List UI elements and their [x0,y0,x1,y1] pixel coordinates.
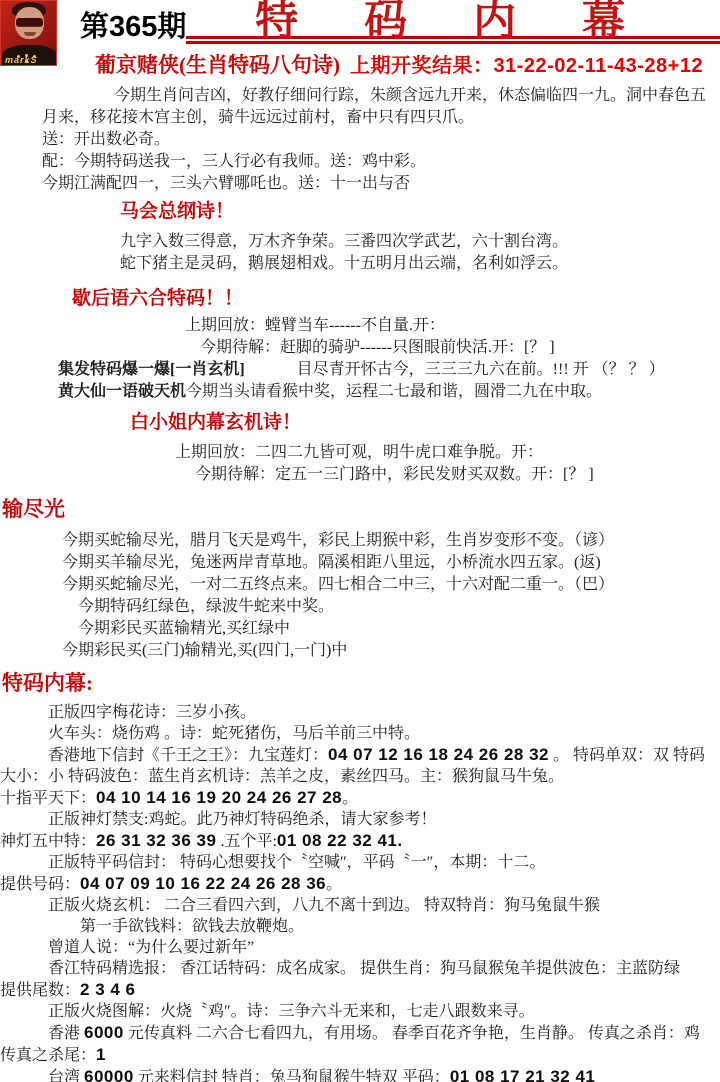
column-name: 葡京赌侠(生肖特码八句诗) [95,53,340,77]
last-draw-result: 上期开奖结果：31-22-02-11-43-28+12 [350,55,703,77]
title-row: 第365期 特码内幕 [80,0,720,44]
text-run: 提供尾数： [0,982,80,999]
text-run: 正版火烧玄机： 二合三看四六到，八九不离十到边。 特双特肖：狗马兔鼠牛猴 [48,897,600,914]
neimu-heading: 特码内幕: [2,670,720,696]
mahui-lines: 九字入数三得意，万木齐争荣。三番四次学武艺，六十割台湾。蛇下猪主是灵码，鹅展翅相… [120,231,720,275]
mahui-heading: 马会总纲诗！ [120,200,720,224]
text-line: 火车头：烧伤鸡 。诗：蛇死猪伤，马后羊前三中特。 [48,723,720,744]
neimu-lines: 正版四字梅花诗：三岁小孩。火车头：烧伤鸡 。诗：蛇死猪伤，马后羊前三中特。香港地… [0,702,720,1082]
text-run: .五个平: [216,833,276,850]
issue-number: 第365期 [80,13,186,44]
huangdaxian-label: 黄大仙一语破天机 [58,383,186,400]
number-run: 04 07 09 10 16 22 24 26 28 36 [80,874,326,893]
text-run: 今期彩民买蓝输精光,买红绿中 [78,620,290,637]
title-column: 特码内幕 [186,0,720,44]
text-line: 今期江满配四一，三头六臂哪吒也。送：十一出与否 [42,173,720,195]
number-run: 1 [96,1045,106,1064]
jifa-line: 集发特码爆一爆[一肖玄机]目尽青开怀古今，三三三九六在前。!!! 开 （？ ？ … [58,359,720,381]
text-run: 今期买蛇输尽光，腊月飞天是鸡牛，彩民上期猴中彩，生肖岁变形不变。（谚） [62,532,614,549]
text-line: 提供尾数：2 3 4 6 [0,979,720,1001]
shujinguang-lines: 今期买蛇输尽光，腊月飞天是鸡牛，彩民上期猴中彩，生肖岁变形不变。（谚）今期买羊输… [62,530,720,662]
text-line: 送：开出数必奇。 [42,129,720,151]
text-run: 正版特平码信封： 特码心想要找个〝空喊″，平码〝一″，本期：十二。 [48,854,545,871]
text-line: 九字入数三得意，万木齐争荣。三番四次学武艺，六十割台湾。 [120,231,720,253]
text-run: 香江特码精选报： 香江话特码：成名成家。 提供生肖：狗马鼠猴兔羊提供波色：主蓝防… [48,960,680,977]
text-line: 正版火烧玄机： 二合三看四六到，八九不离十到边。 特双特肖：狗马兔鼠牛猴 [48,895,720,916]
text-line: 正版特平码信封： 特码心想要找个〝空喊″，平码〝一″，本期：十二。 [48,852,720,873]
tip-sheet-page: markS 第365期 特码内幕 葡京赌侠(生肖特码八句诗)上期开奖结果：31-… [0,0,720,1082]
text-run: 元来料信封 特肖：兔马狗鼠猴牛特双 平码： [134,1069,450,1082]
number-run: 01 08 22 32 41. [277,831,403,850]
zodiac-poem-lines: 送：开出数必奇。配：今期特码送我一，三人行必有我师。送：鸡中彩。今期江满配四一，… [42,129,720,195]
text-run: 正版四字梅花诗：三岁小孩。 [48,704,256,721]
text-line: 今期彩民买蓝输精光,买红绿中 [78,618,720,640]
text-line: 正版四字梅花诗：三岁小孩。 [48,702,720,723]
xiehouyu-heading: 歇后语六合特码！！ [72,287,720,311]
text-run: 元传真料 二六合七看四九，有用场。 春季百花齐争艳，生肖静。 传真之杀肖：鸡 [124,1025,700,1042]
text-run: 曾道人说：“为什么要过新年” [48,939,254,956]
text-run: 火车头：烧伤鸡 。诗：蛇死猪伤，马后羊前三中特。 [48,725,420,742]
text-run: 正版神灯禁支:鸡蛇。此乃神灯特码绝杀，请大家参考！ [48,811,436,828]
text-line: 曾道人说：“为什么要过新年” [48,937,720,958]
text-line: 香江特码精选报： 香江话特码：成名成家。 提供生肖：狗马鼠猴兔羊提供波色：主蓝防… [0,958,720,979]
xiehouyu-current: 今期待解：赶脚的骑驴------只图眼前快活.开：[？ ] [200,337,720,359]
text-line: 传真之杀尾：1 [0,1044,720,1066]
text-run: 正版火烧图解：火烧〝鸡″。诗：三争六斗无来和，七走八跟数来寻。 [48,1003,535,1020]
text-line: 今期买蛇输尽光，腊月飞天是鸡牛，彩民上期猴中彩，生肖岁变形不变。（谚） [62,530,720,552]
text-line: 配：今期特码送我一，三人行必有我师。送：鸡中彩。 [42,151,720,173]
text-run: 今期彩民买(三门)输精光,买(四门,一门)中 [62,642,347,659]
sunglasses-icon [16,18,43,26]
number-run: 6000 [84,1023,124,1042]
portrait-photo: markS [0,0,57,66]
text-run: 今期买蛇输尽光，一对二五终点来。四七相合二中三，十六对配二重一。（巴） [62,576,614,593]
baixiaojie-heading: 白小姐内幕玄机诗！ [130,411,720,435]
text-run: 。 [326,876,342,893]
number-run: 04 10 14 16 19 20 24 26 27 28 [96,788,342,807]
text-run: 今期买羊输尽光，兔迷两岸青草地。隔溪相距八里远，小桥流水四五家。(返) [62,554,601,571]
text-line: 正版神灯禁支:鸡蛇。此乃神灯特码绝杀，请大家参考！ [48,809,720,830]
zodiac-poem-section: 今期生肖问吉凶，好教仔细问行踪，朱颜含远九开来，休态偏临四一九。洞中春色五月来，… [0,85,720,195]
neimu-section: 特码内幕: 正版四字梅花诗：三岁小孩。火车头：烧伤鸡 。诗：蛇死猪伤，马后羊前三… [0,670,720,1082]
jifa-text: 目尽青开怀古今，三三三九六在前。!!! 开 （？ ？ ） [297,361,665,378]
text-line: 今期彩民买(三门)输精光,买(四门,一门)中 [62,640,720,662]
text-line: 提供号码：04 07 09 10 16 22 24 26 28 36。 [0,873,720,895]
text-run: 。 [342,790,358,807]
text-run: 香港地下信封《千王之王》：九宝莲灯： [48,747,328,764]
text-run: 神灯五中特： [0,833,96,850]
text-line: 今期特码红绿色，绿波牛蛇来中奖。 [78,596,720,618]
text-run: 台湾 [48,1069,84,1082]
text-run: 十指平天下： [0,790,96,807]
shujinguang-heading: 输尽光 [2,496,720,522]
baixiaojie-section: 白小姐内幕玄机诗！ 上期回放：二四二九皆可观，明牛虎口难争脱。开： 今期待解：定… [0,411,720,486]
text-run: 提供号码： [0,876,80,893]
number-run: 26 31 32 36 39 [96,831,216,850]
text-line: 香港 6000 元传真料 二六合七看四九，有用场。 春季百花齐争艳，生肖静。 传… [0,1022,720,1044]
header-main: 第365期 特码内幕 葡京赌侠(生肖特码八句诗)上期开奖结果：31-22-02-… [80,0,720,79]
number-run: 04 07 12 16 18 24 26 28 32 [328,745,549,764]
page-title: 特码内幕 [186,0,720,43]
masthead: markS 第365期 特码内幕 葡京赌侠(生肖特码八句诗)上期开奖结果：31-… [0,0,720,79]
text-line: 今期买蛇输尽光，一对二五终点来。四七相合二中三，十六对配二重一。（巴） [62,574,720,596]
xiehouyu-section: 歇后语六合特码！！ 上期回放：螳臂当车------不自量.开： 今期待解：赶脚的… [0,287,720,403]
text-line: 蛇下猪主是灵码，鹅展翅相戏。十五明月出云端，名利如浮云。 [120,253,720,275]
text-run: 香港 [48,1025,84,1042]
text-run: 第一手欲钱料：欲钱去放鞭炮。 [80,918,304,935]
subtitle-row: 葡京赌侠(生肖特码八句诗)上期开奖结果：31-22-02-11-43-28+12 [95,54,720,79]
text-line: 十指平天下：04 10 14 16 19 20 24 26 27 28。 [0,787,720,809]
watermark: markS [5,55,38,65]
number-run: 01 08 17 21 32 41 [450,1067,596,1082]
zodiac-poem: 今期生肖问吉凶，好教仔细问行踪，朱颜含远九开来，休态偏临四一九。洞中春色五月来，… [42,85,710,129]
huangdaxian-text: 今期当头请看猴中奖，运程二七最和谐，圆滑二九在中取。 [186,383,602,400]
shujinguang-section: 输尽光 今期买蛇输尽光，腊月飞天是鸡牛，彩民上期猴中彩，生肖岁变形不变。（谚）今… [0,496,720,662]
xiehouyu-previous: 上期回放：螳臂当车------不自量.开： [185,315,720,337]
baixiaojie-current: 今期待解：定五一三门路中，彩民发财买双数。开：[？ ] [195,464,720,486]
text-line: 香港地下信封《千王之王》：九宝莲灯：04 07 12 16 18 24 26 2… [0,744,720,787]
text-line: 今期买羊输尽光，兔迷两岸青草地。隔溪相距八里远，小桥流水四五家。(返) [62,552,720,574]
text-line: 第一手欲钱料：欲钱去放鞭炮。 [80,916,720,937]
text-line: 台湾 60000 元来料信封 特肖：兔马狗鼠猴牛特双 平码：01 08 17 2… [0,1066,720,1082]
mahui-section: 马会总纲诗！ 九字入数三得意，万木齐争荣。三番四次学武艺，六十割台湾。蛇下猪主是… [0,200,720,275]
baixiaojie-previous: 上期回放：二四二九皆可观，明牛虎口难争脱。开： [175,442,720,464]
text-run: 传真之杀尾： [0,1047,96,1064]
text-run: 今期特码红绿色，绿波牛蛇来中奖。 [78,598,334,615]
jifa-label: 集发特码爆一爆[一肖玄机] [58,361,245,378]
text-line: 神灯五中特：26 31 32 36 39 .五个平:01 08 22 32 41… [0,830,720,852]
text-line: 正版火烧图解：火烧〝鸡″。诗：三争六斗无来和，七走八跟数来寻。 [48,1001,720,1022]
huangdaxian-line: 黄大仙一语破天机今期当头请看猴中奖，运程二七最和谐，圆滑二九在中取。 [58,381,720,403]
number-run: 60000 [84,1067,134,1082]
number-run: 2 3 4 6 [80,980,136,999]
